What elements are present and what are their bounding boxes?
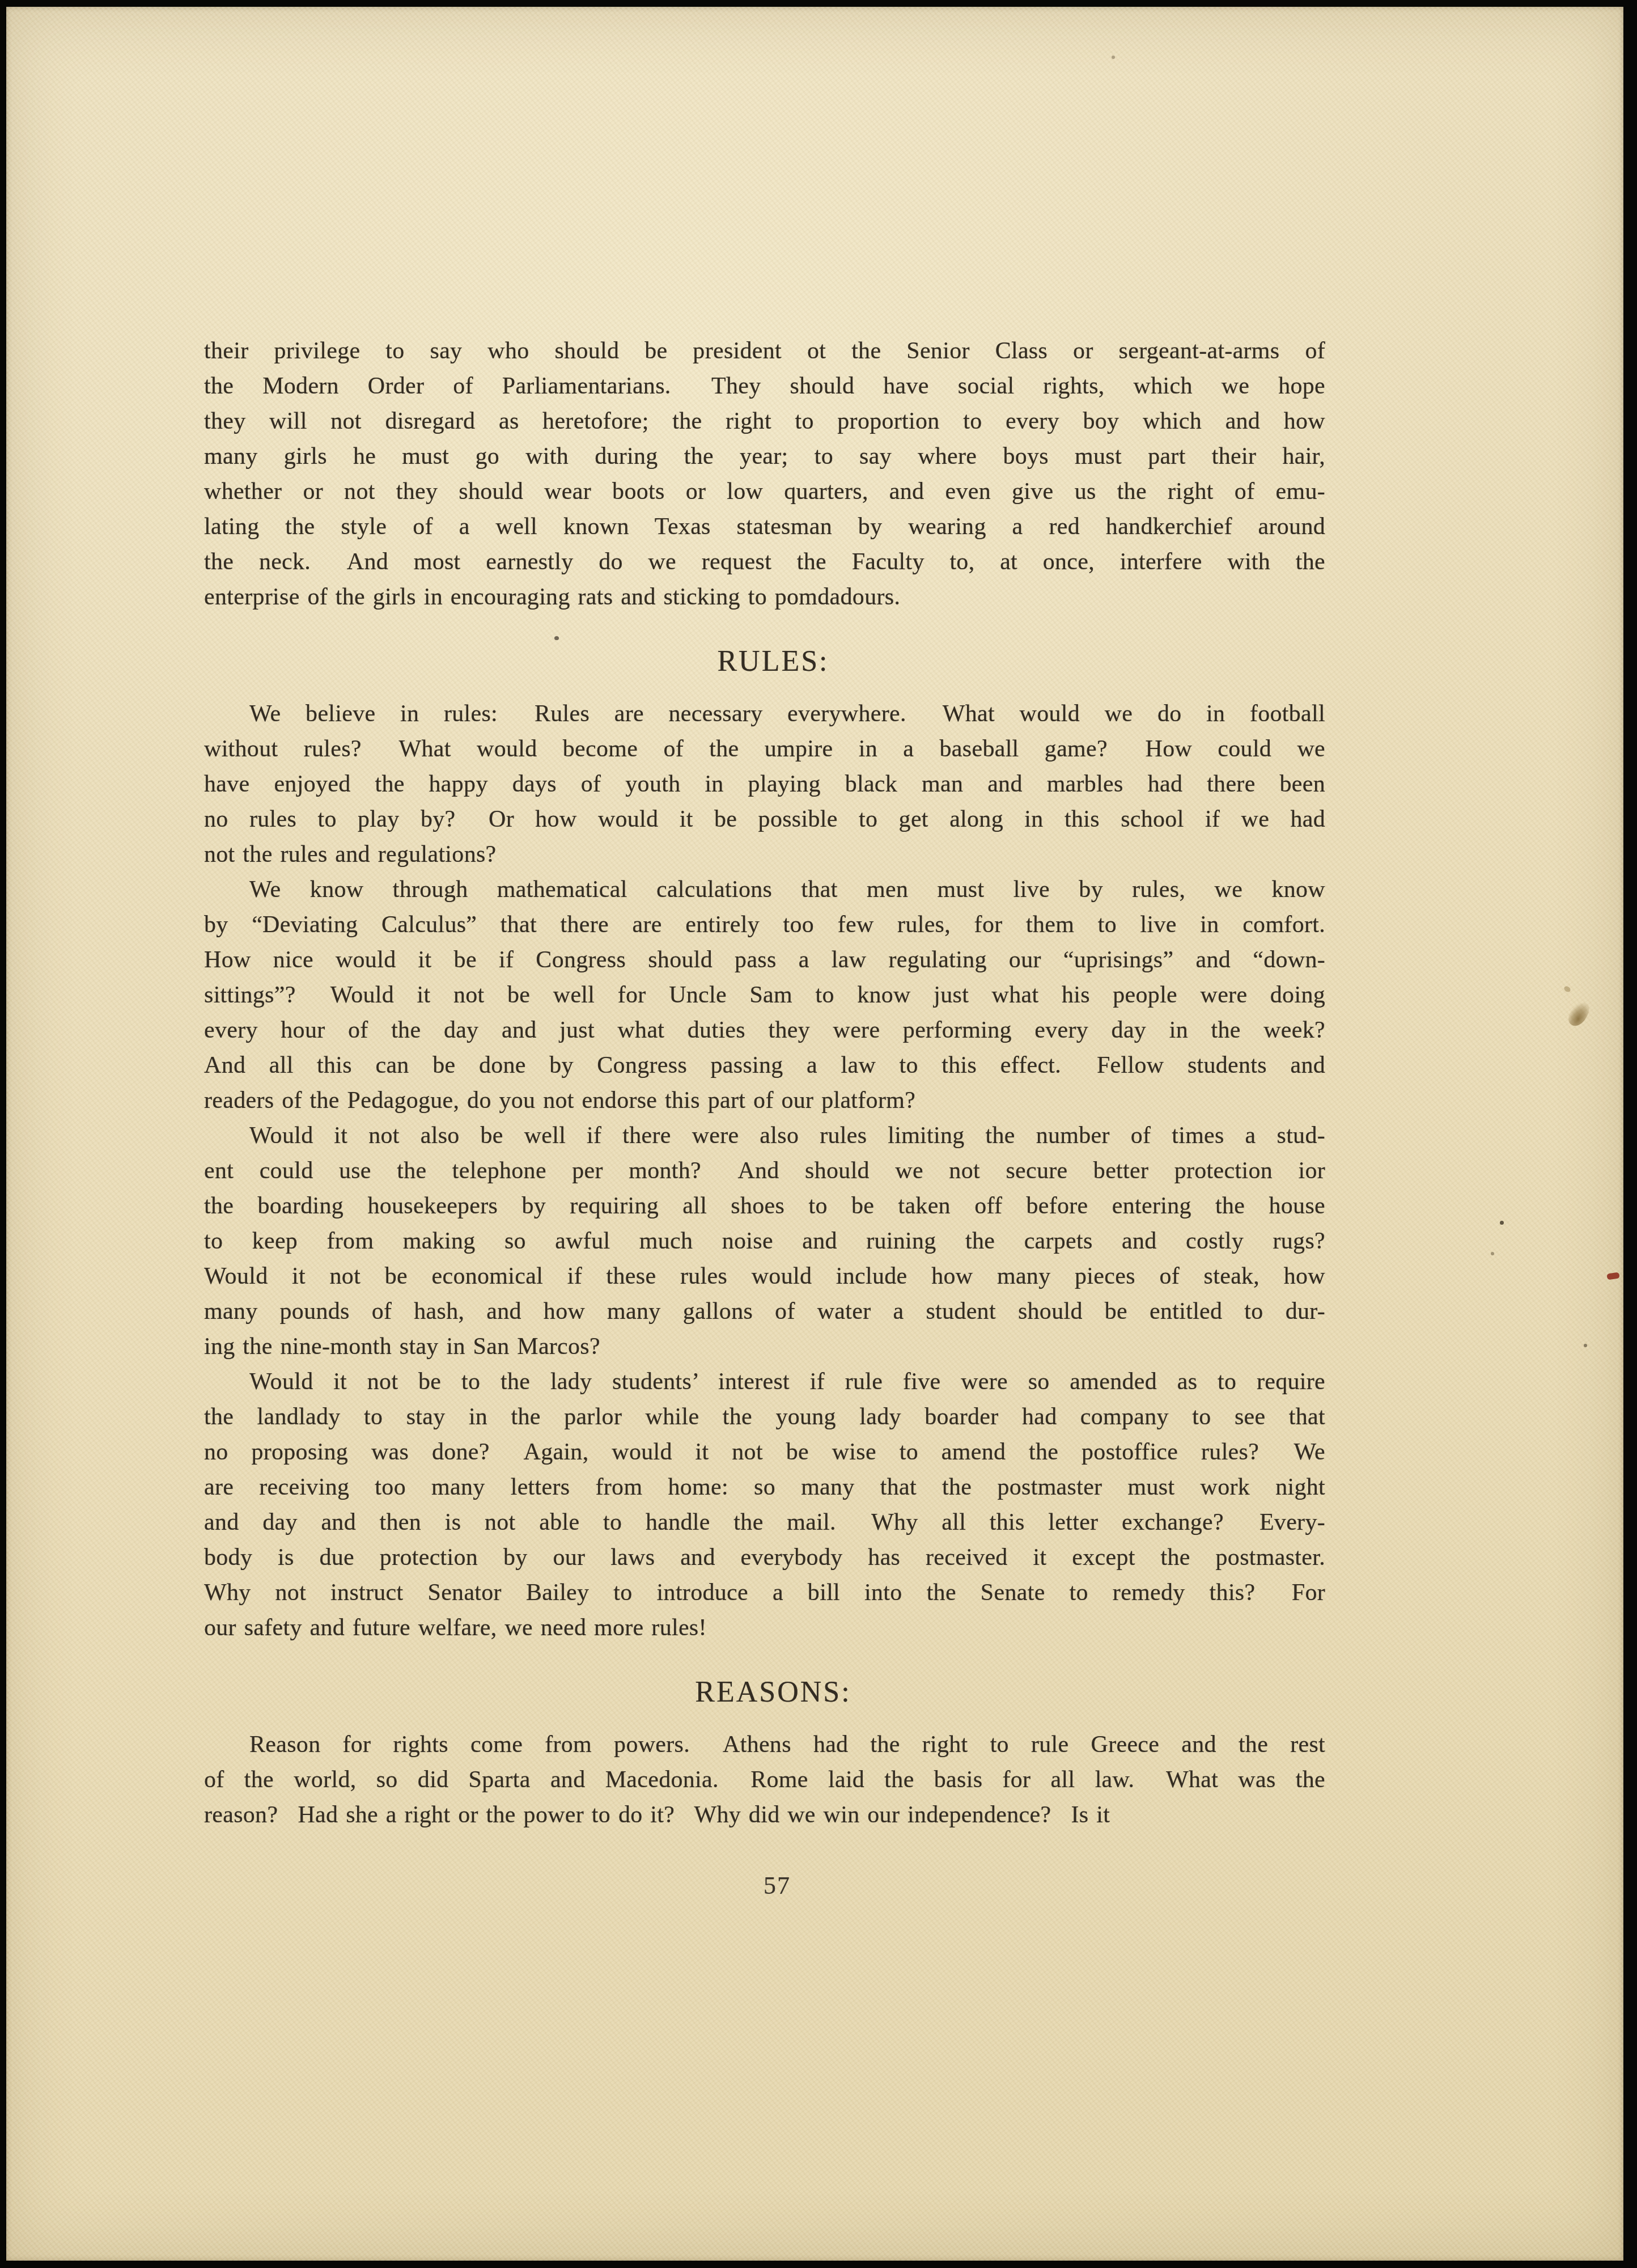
text-line: without rules? What would become of the … [204,731,1325,767]
text-line: many pounds of hash, and how many gallon… [204,1294,1325,1329]
text-line: to keep from making so awful much noise … [204,1224,1325,1259]
text-line: We believe in rules: Rules are necessary… [204,696,1325,731]
ink-speck [1500,1221,1504,1225]
text-line: the neck. And most earnestly do we reque… [204,544,1325,579]
text-line: have enjoyed the happy days of youth in … [204,767,1325,802]
text-line: And all this can be done by Congress pas… [204,1048,1325,1083]
section-heading: RULES: [204,644,1325,679]
text-line: sittings”? Would it not be well for Uncl… [204,978,1325,1013]
text-line: Would it not be to the lady students’ in… [204,1364,1325,1399]
text-line: Reason for rights come from powers. Athe… [204,1727,1325,1762]
text-line: no rules to play by? Or how would it be … [204,802,1325,837]
text-line: ent could use the telephone per month? A… [204,1153,1325,1188]
text-line: How nice would it be if Congress should … [204,942,1325,978]
page-number: 57 [204,1871,1325,1901]
text-line: every hour of the day and just what duti… [204,1013,1325,1048]
paragraph: their privilege to say who should be pre… [204,333,1325,615]
text-line: Would it not also be well if there were … [204,1118,1325,1153]
text-line: ing the nine-month stay in San Marcos? [204,1329,1325,1364]
text-line: no proposing was done? Again, would it n… [204,1435,1325,1470]
text-column: their privilege to say who should be pre… [204,333,1325,1833]
text-line: are receiving too many letters from home… [204,1470,1325,1505]
page-paper: their privilege to say who should be pre… [6,7,1623,2261]
text-line: many girls he must go with during the ye… [204,439,1325,474]
text-line: the Modern Order of Parliamentarians. Th… [204,369,1325,404]
paragraph: Would it not also be well if there were … [204,1118,1325,1364]
text-line: Would it not be economical if these rule… [204,1259,1325,1294]
text-line: the boarding housekeepers by requiring a… [204,1188,1325,1224]
text-line: not the rules and regulations? [204,837,1325,872]
section-heading: REASONS: [204,1675,1325,1710]
ink-speck [1584,1344,1587,1347]
text-line: by “Deviating Calculus” that there are e… [204,907,1325,942]
text-line: they will not disregard as heretofore; t… [204,404,1325,439]
text-line: reason? Had she a right or the power to … [204,1797,1325,1833]
text-line: enterprise of the girls in encouraging r… [204,579,1325,615]
paragraph: Would it not be to the lady students’ in… [204,1364,1325,1645]
stain-mark [1565,998,1592,1030]
text-line: their privilege to say who should be pre… [204,333,1325,369]
paragraph: Reason for rights come from powers. Athe… [204,1727,1325,1833]
text-line: Why not instruct Senator Bailey to intro… [204,1575,1325,1610]
paragraph: We believe in rules: Rules are necessary… [204,696,1325,872]
text-line: lating the style of a well known Texas s… [204,509,1325,544]
red-fleck-mark [1606,1272,1619,1280]
stain-mark [1563,985,1572,993]
paragraph: We know through mathematical calculation… [204,872,1325,1118]
scan-frame: { "page": { "number": "57", "colors": { … [0,0,1637,2268]
text-line: the landlady to stay in the parlor while… [204,1399,1325,1435]
text-line: body is due protection by our laws and e… [204,1540,1325,1575]
text-line: We know through mathematical calculation… [204,872,1325,907]
text-line: our safety and future welfare, we need m… [204,1610,1325,1645]
text-line: readers of the Pedagogue, do you not end… [204,1083,1325,1118]
ink-speck [1491,1252,1494,1255]
text-line: and day and then is not able to handle t… [204,1505,1325,1540]
text-line: whether or not they should wear boots or… [204,474,1325,509]
text-line: of the world, so did Sparta and Macedoni… [204,1762,1325,1797]
ink-speck [1112,56,1115,59]
